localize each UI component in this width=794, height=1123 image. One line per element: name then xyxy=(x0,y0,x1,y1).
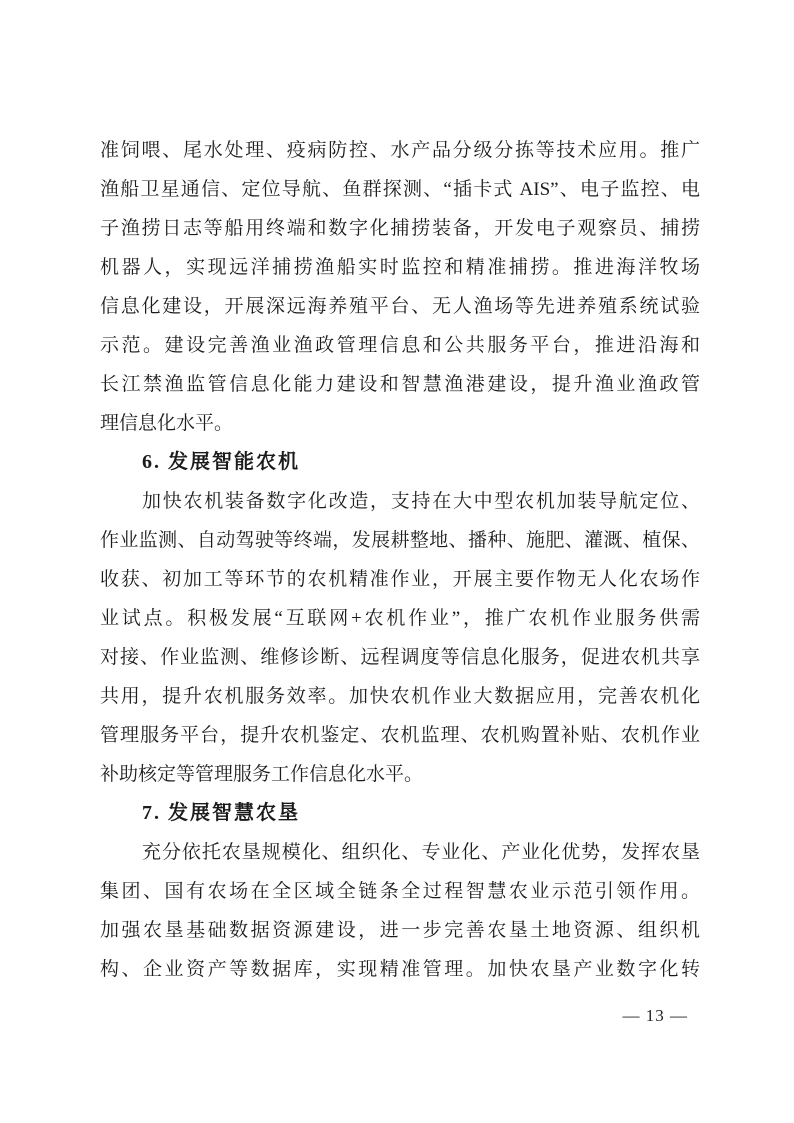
document-body: 准饲喂、尾水处理、疫病防控、水产品分级分拣等技术应用。推广 渔船卫星通信、定位导… xyxy=(100,131,700,989)
text-line: 长江禁渔监管信息化能力建设和智慧渔港建设，提升渔业渔政管 xyxy=(100,365,700,404)
text-line: 加强农垦基础数据资源建设，进一步完善农垦土地资源、组织机 xyxy=(100,911,700,950)
text-line: 准饲喂、尾水处理、疫病防控、水产品分级分拣等技术应用。推广 xyxy=(100,131,700,170)
text-line: 子渔捞日志等船用终端和数字化捕捞装备，开发电子观察员、捕捞 xyxy=(100,209,700,248)
text-line: 管理服务平台，提升农机鉴定、农机监理、农机购置补贴、农机作业 xyxy=(100,716,700,755)
text-line: 补助核定等管理服务工作信息化水平。 xyxy=(100,755,700,794)
text-line: 渔船卫星通信、定位导航、鱼群探测、“插卡式 AIS”、电子监控、电 xyxy=(100,170,700,209)
text-line: 集团、国有农场在全区域全链条全过程智慧农业示范引领作用。 xyxy=(100,872,700,911)
text-line: 业试点。积极发展“互联网+农机作业”，推广农机作业服务供需 xyxy=(100,599,700,638)
text-line: 构、企业资产等数据库，实现精准管理。加快农垦产业数字化转 xyxy=(100,950,700,989)
text-line: 信息化建设，开展深远海养殖平台、无人渔场等先进养殖系统试验 xyxy=(100,287,700,326)
text-line: 对接、作业监测、维修诊断、远程调度等信息化服务，促进农机共享 xyxy=(100,638,700,677)
text-line: 机器人，实现远洋捕捞渔船实时监控和精准捕捞。推进海洋牧场 xyxy=(100,248,700,287)
text-line: 充分依托农垦规模化、组织化、专业化、产业化优势，发挥农垦 xyxy=(100,833,700,872)
text-line: 作业监测、自动驾驶等终端，发展耕整地、播种、施肥、灌溉、植保、 xyxy=(100,521,700,560)
text-line: 共用，提升农机服务效率。加快农机作业大数据应用，完善农机化 xyxy=(100,677,700,716)
document-page: 准饲喂、尾水处理、疫病防控、水产品分级分拣等技术应用。推广 渔船卫星通信、定位导… xyxy=(0,0,794,1123)
page-number: — 13 — xyxy=(623,1006,689,1025)
section-heading-7-smart-state-farms: 7. 发展智慧农垦 xyxy=(100,794,700,833)
section-heading-6-smart-agri-machinery: 6. 发展智能农机 xyxy=(100,443,700,482)
text-line: 加快农机装备数字化改造，支持在大中型农机加装导航定位、 xyxy=(100,482,700,521)
page-footer: — 13 — xyxy=(100,1001,700,1031)
text-line: 收获、初加工等环节的农机精准作业，开展主要作物无人化农场作 xyxy=(100,560,700,599)
text-line: 示范。建设完善渔业渔政管理信息和公共服务平台，推进沿海和 xyxy=(100,326,700,365)
text-line: 理信息化水平。 xyxy=(100,404,700,443)
